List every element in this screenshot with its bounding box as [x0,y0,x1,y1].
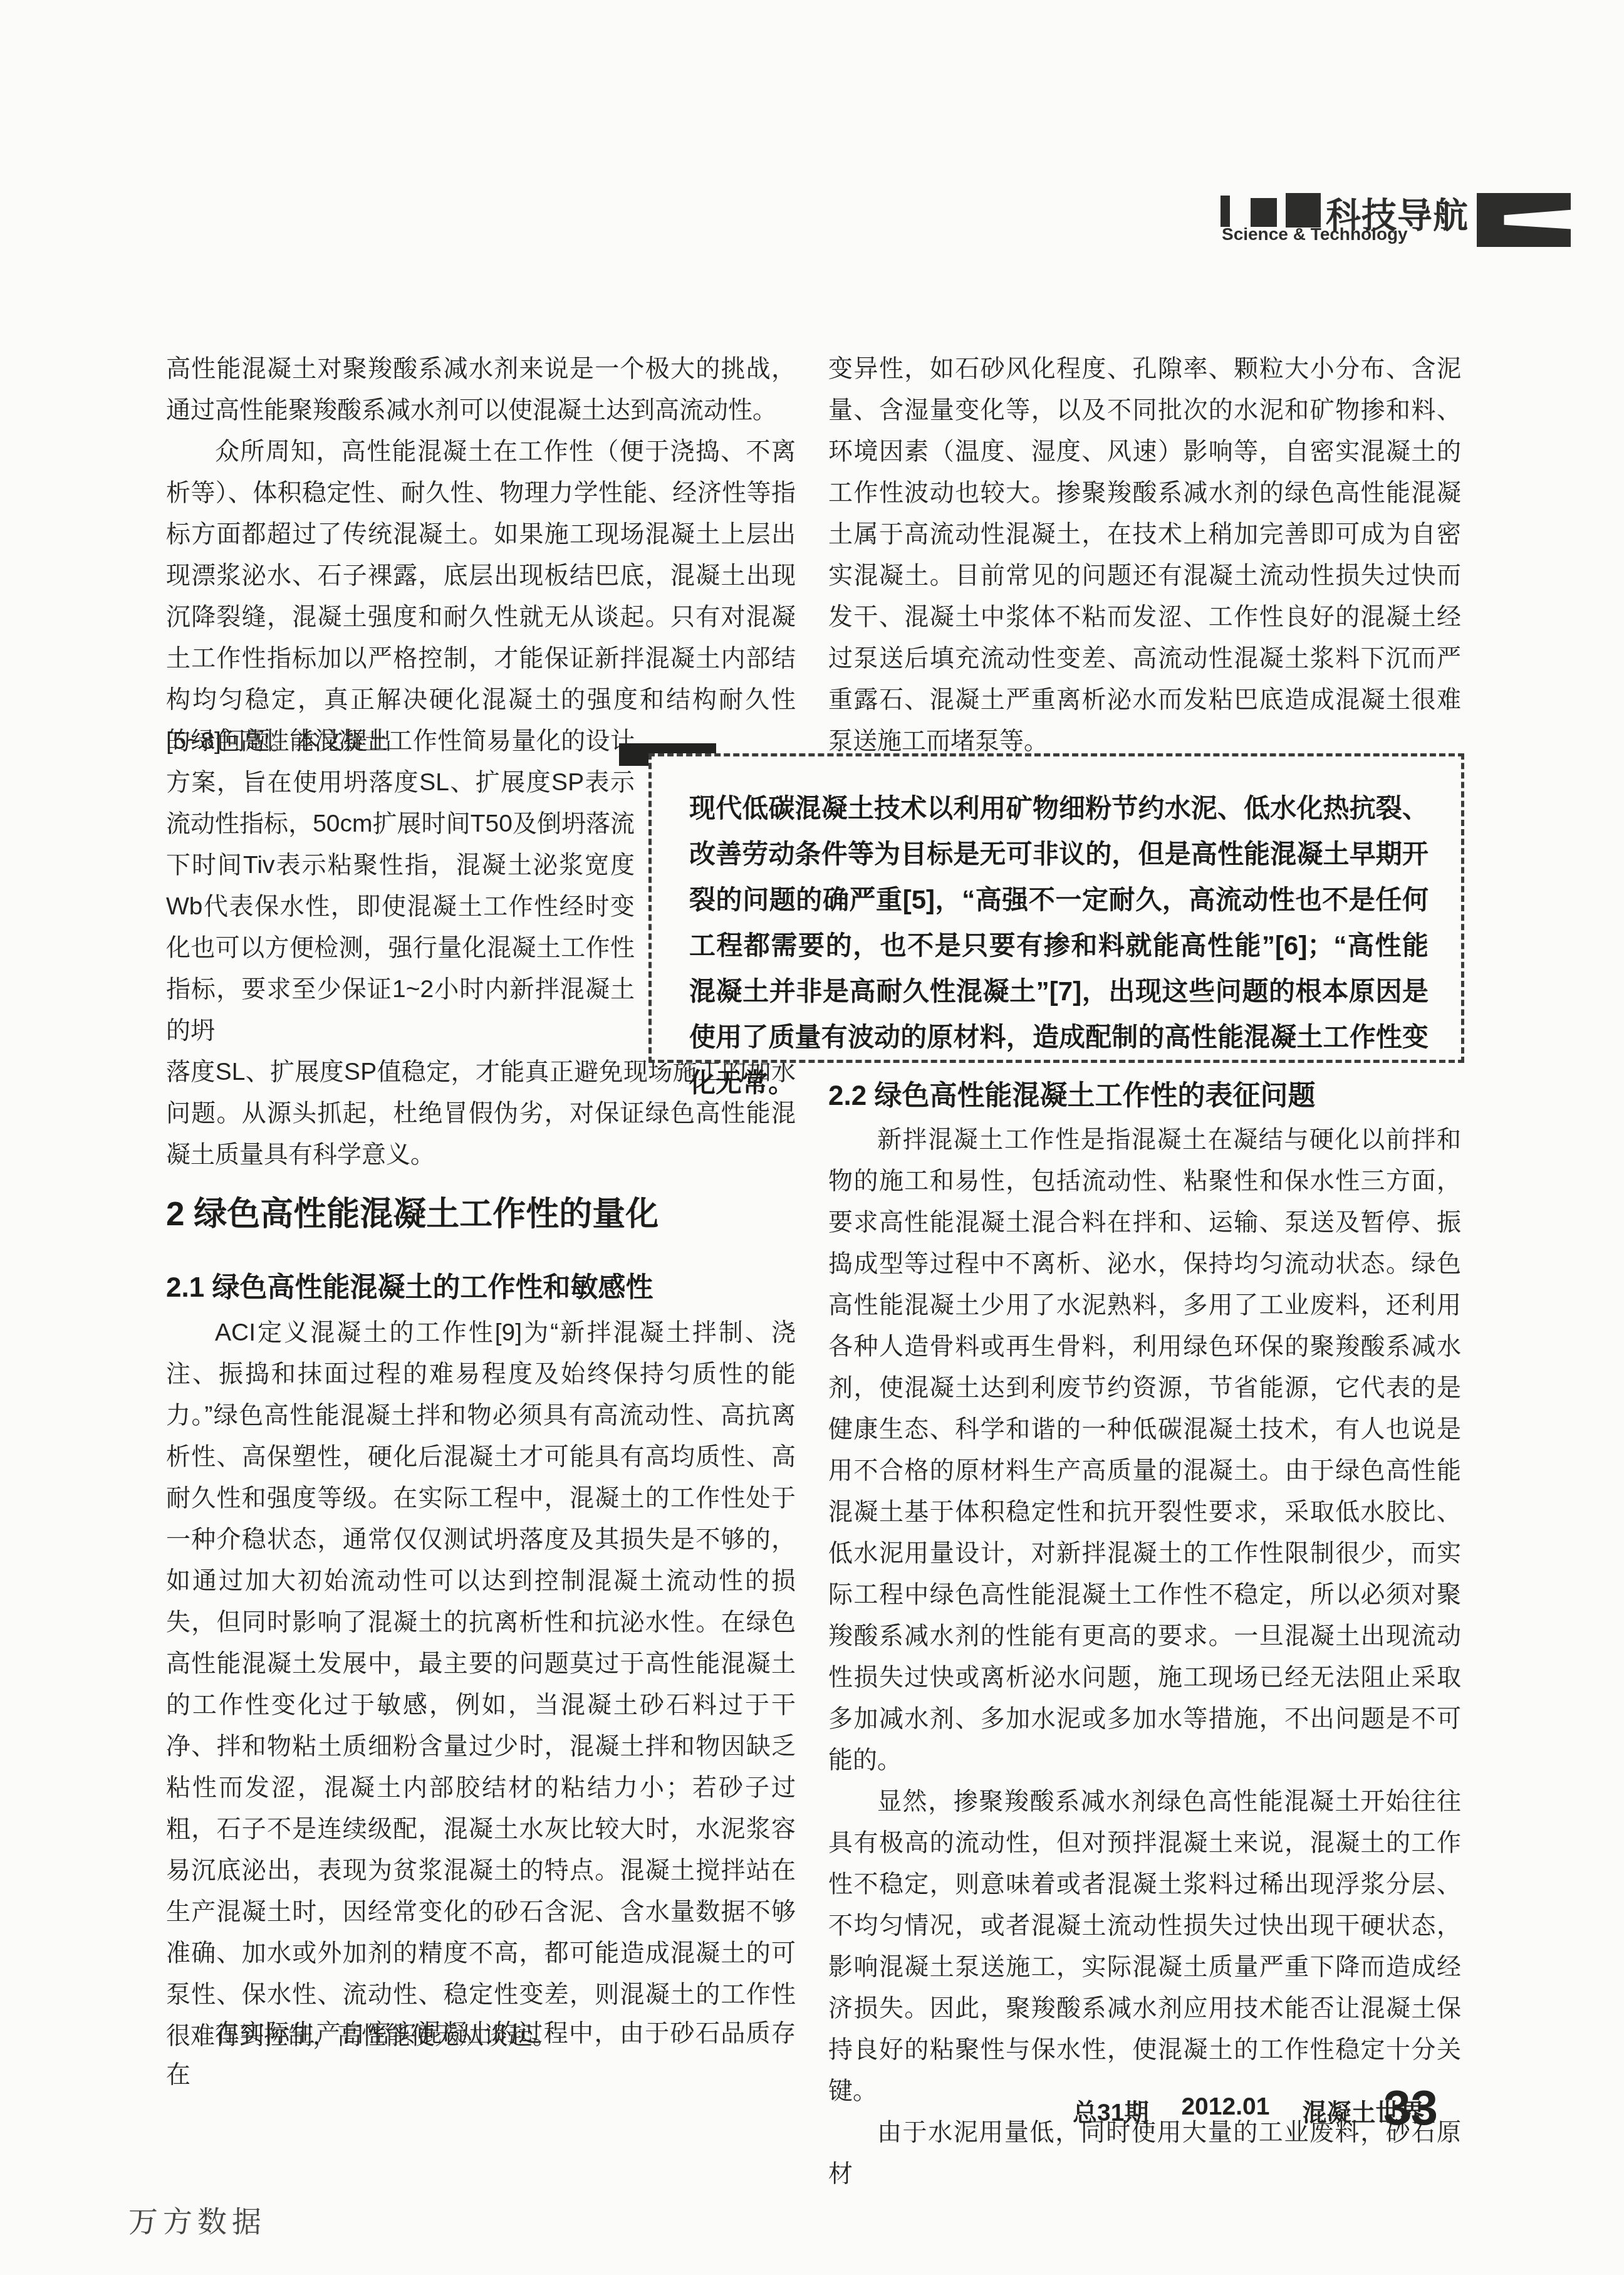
paragraph: 众所周知，高性能混凝土在工作性（便于浇捣、不离析等）、体积稳定性、耐久性、物理力… [166,431,796,762]
paragraph-continuation: 的绿色高性能混凝土工作性简易量化的设计方案，旨在使用坍落度SL、扩展度SP表示流… [166,721,635,1052]
masthead-square-small [1251,198,1277,227]
right-column-section-2-2: 新拌混凝土工作性是指混凝土在凝结与硬化以前拌和物的施工和易性，包括流动性、粘聚性… [828,1119,1461,2195]
left-column-top: 高性能混凝土对聚羧酸系减水剂来说是一个极大的挑战，通过高性能聚羧酸系减水剂可以使… [166,348,796,762]
left-column-last-line: 在实际生产自密实混凝土的过程中，由于砂石品质存在 [166,2013,796,2096]
pull-quote-text: 现代低碳混凝土技术以利用矿物细粉节约水泥、低水化热抗裂、改善劳动条件等为目标是无… [689,785,1429,1106]
footer: 总31期 2012.01 混凝土世界 [1073,2093,1424,2128]
masthead-square-large [1286,193,1321,227]
footer-date: 2012.01 [1181,2093,1269,2128]
paragraph: 显然，掺聚羧酸系减水剂绿色高性能混凝土开始往往具有极高的流动性，但对预拌混凝土来… [828,1781,1461,2112]
page-number: 33 [1383,2079,1438,2136]
journal-page: 科技导航 Science & Technology 高性能混凝土对聚羧酸系减水剂… [0,0,1624,2275]
paragraph: 在实际生产自密实混凝土的过程中，由于砂石品质存在 [166,2013,796,2096]
left-column-narrow-wrap: 的绿色高性能混凝土工作性简易量化的设计方案，旨在使用坍落度SL、扩展度SP表示流… [166,721,635,1052]
left-column-section-2-1: ACI定义混凝土的工作性[9]为“新拌混凝土拌制、浇注、振捣和抹面过程的难易程度… [166,1312,796,2057]
wanfang-watermark: 万方数据 [128,2199,266,2241]
masthead-bar-block [1221,196,1230,227]
section-2-heading: 2 绿色高性能混凝土工作性的量化 [166,1188,658,1235]
paragraph-continuation: 变异性，如石砂风化程度、孔隙率、颗粒大小分布、含泥量、含湿量变化等，以及不同批次… [828,348,1461,762]
paragraph: ACI定义混凝土的工作性[9]为“新拌混凝土拌制、浇注、振捣和抹面过程的难易程度… [166,1312,796,2057]
right-column-top: 变异性，如石砂风化程度、孔隙率、颗粒大小分布、含泥量、含湿量变化等，以及不同批次… [828,348,1461,762]
section-2-2-heading: 2.2 绿色高性能混凝土工作性的表征问题 [828,1073,1315,1113]
masthead-bracket-icon [1477,193,1571,247]
paragraph: 新拌混凝土工作性是指混凝土在凝结与硬化以前拌和物的施工和易性，包括流动性、粘聚性… [828,1119,1461,1781]
footer-issue: 总31期 [1073,2093,1148,2128]
paragraph-carryover: 高性能混凝土对聚羧酸系减水剂来说是一个极大的挑战，通过高性能聚羧酸系减水剂可以使… [166,348,796,431]
pull-quote-box: 现代低碳混凝土技术以利用矿物细粉节约水泥、低水化热抗裂、改善劳动条件等为目标是无… [648,753,1464,1063]
section-2-1-heading: 2.1 绿色高性能混凝土的工作性和敏感性 [166,1265,653,1305]
masthead-title-en: Science & Technology [1222,224,1408,244]
